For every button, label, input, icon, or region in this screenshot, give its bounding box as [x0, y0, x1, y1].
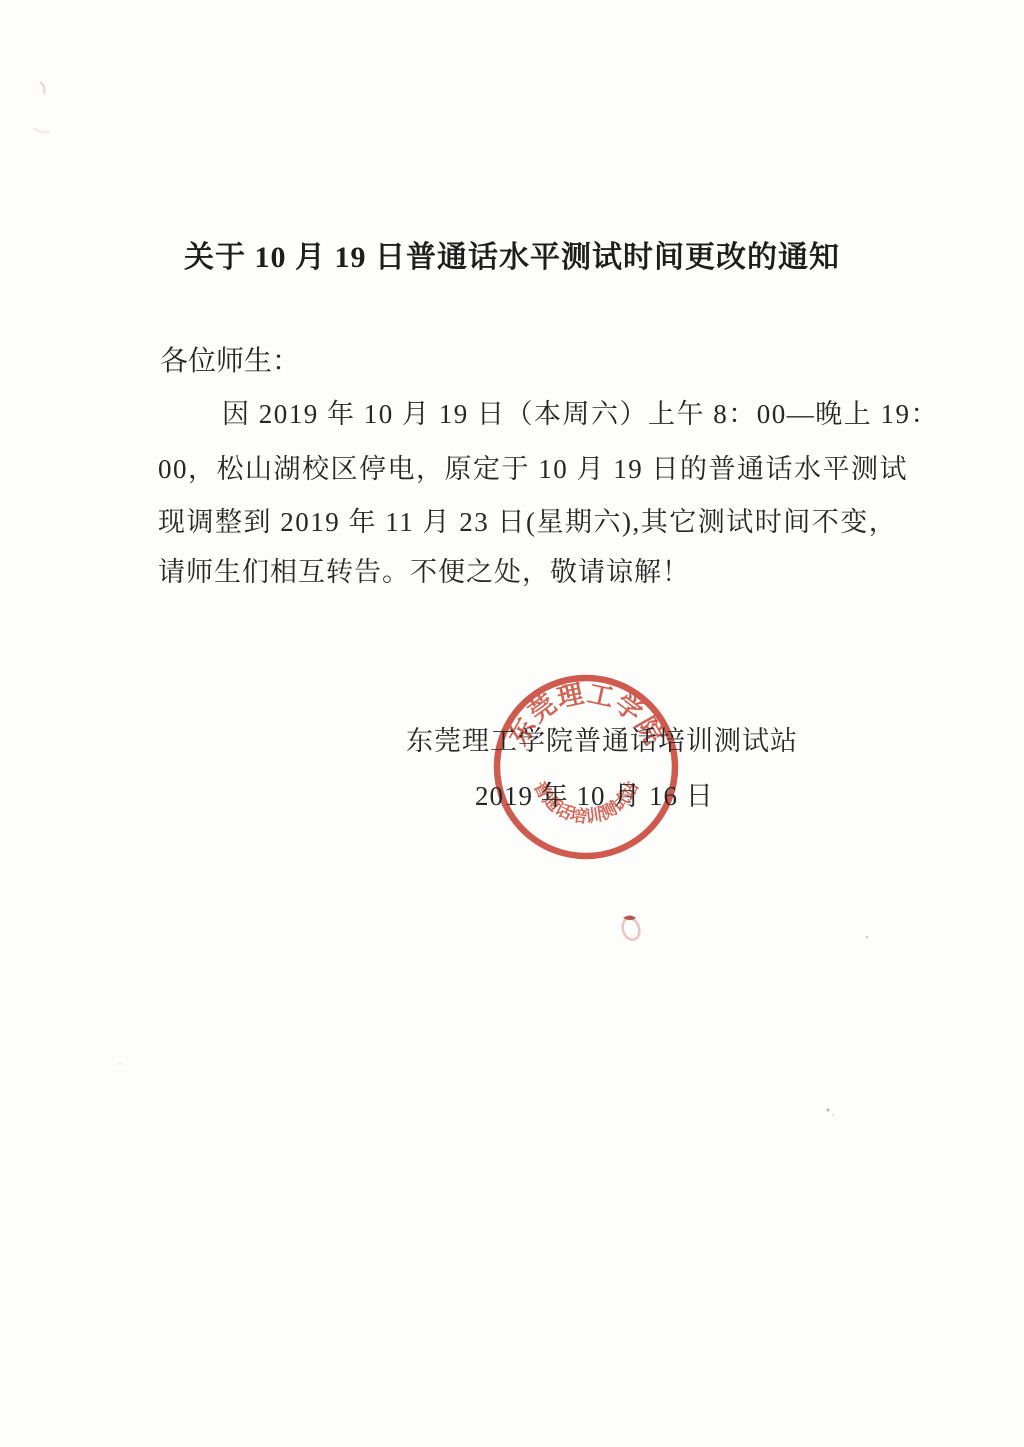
body-line-1: 因 2019 年 10 月 19 日（本周六）上午 8：00—晚上 19：	[222, 394, 939, 434]
notice-text-layer: 关于 10 月 19 日普通话水平测试时间更改的通知 各位师生： 因 2019 …	[0, 0, 1024, 1447]
signature-org: 东莞理工学院普通话培训测试站	[406, 721, 798, 761]
body-line-3: 现调整到 2019 年 11 月 23 日(星期六),其它测试时间不变，	[158, 502, 897, 542]
notice-title: 关于 10 月 19 日普通话水平测试时间更改的通知	[0, 238, 1024, 278]
body-line-4: 请师生们相互转告。不便之处，敬请谅解！	[158, 552, 690, 592]
body-line-2: 00，松山湖校区停电，原定于 10 月 19 日的普通话水平测试	[158, 449, 908, 489]
salutation: 各位师生：	[160, 342, 300, 382]
scanned-notice-page: 东莞理工学院 普通话培训测试站 关于 10 月 19 日普通话水平测试时间更改的…	[0, 0, 1024, 1447]
signature-date: 2019 年 10 月 16 日	[475, 776, 714, 816]
